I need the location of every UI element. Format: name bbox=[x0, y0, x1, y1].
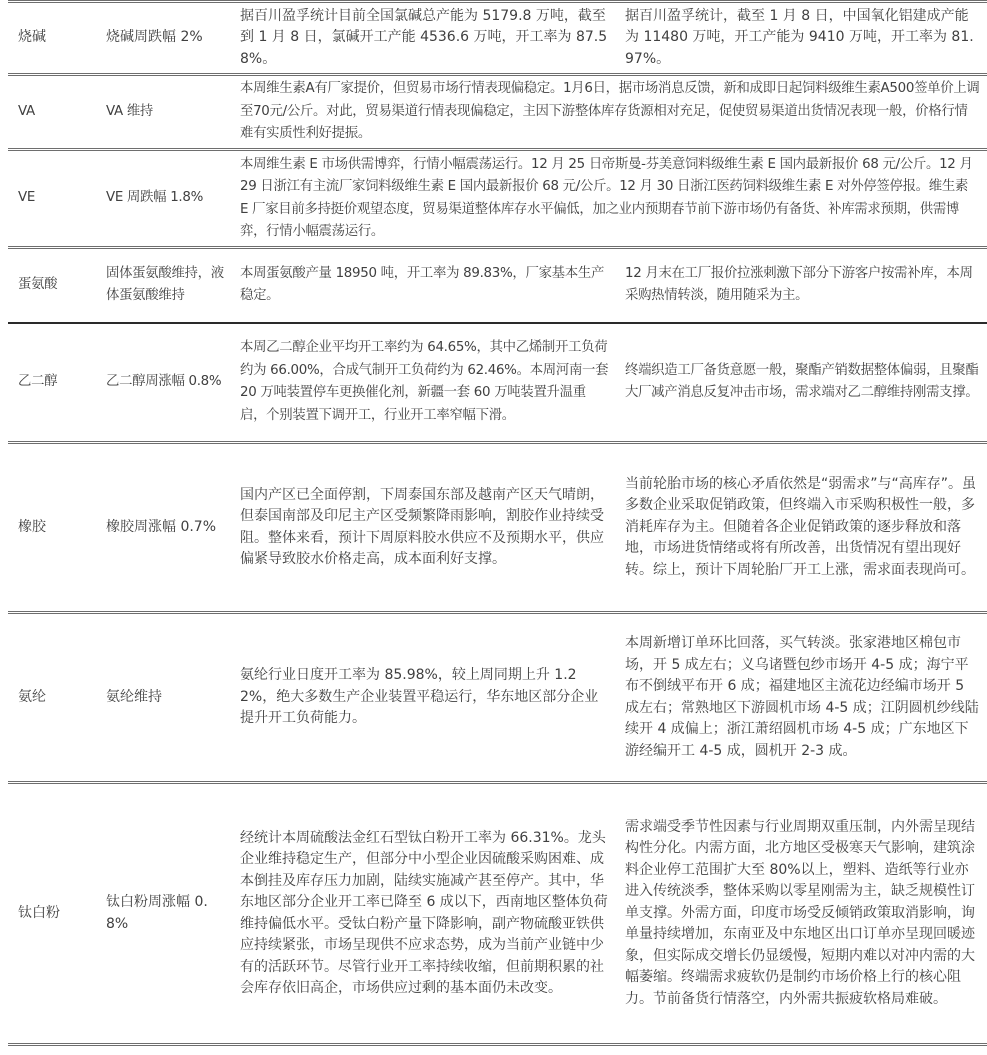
weekly-change: 橡胶周涨幅 0.7% bbox=[96, 443, 232, 613]
table-row-methionine: 蛋氨酸 固体蛋氨酸维持，液体蛋氨酸维持 本周蛋氨酸产量 18950 吨，开工率为… bbox=[8, 248, 987, 323]
product-name: VA bbox=[8, 75, 96, 150]
commodity-weekly-table: 烧碱 烧碱周跌幅 2% 据百川盈孚统计目前全国氯碱总产能为 5179.8 万吨，… bbox=[8, 0, 987, 1046]
weekly-change: 氨纶维持 bbox=[96, 613, 232, 783]
product-name: 钛白粉 bbox=[8, 783, 96, 1045]
demand-text: 据百川盈孚统计，截至 1 月 8 日，中国氧化铝建成产能为 11480 万吨，开… bbox=[617, 2, 987, 75]
product-name: 橡胶 bbox=[8, 443, 96, 613]
table-row-ethylene-glycol: 乙二醇 乙二醇周涨幅 0.8% 本周乙二醇企业平均开工率约为 64.65%，其中… bbox=[8, 323, 987, 443]
weekly-change: 钛白粉周涨幅 0.8% bbox=[96, 783, 232, 1045]
weekly-change: 固体蛋氨酸维持，液体蛋氨酸维持 bbox=[96, 248, 232, 323]
product-name: 烧碱 bbox=[8, 2, 96, 75]
demand-text: 当前轮胎市场的核心矛盾依然是“弱需求”与“高库存”。虽多数企业采取促销政策，但终… bbox=[617, 443, 987, 613]
supply-demand-text: 本周维生素 E 市场供需博弈，行情小幅震荡运行。12 月 25 日帝斯曼-芬美意… bbox=[232, 150, 987, 248]
table-row-spandex: 氨纶 氨纶维持 氨纶行业日度开工率为 85.98%，较上周同期上升 1.22%，… bbox=[8, 613, 987, 783]
product-name: 乙二醇 bbox=[8, 323, 96, 443]
supply-text: 据百川盈孚统计目前全国氯碱总产能为 5179.8 万吨，截至到 1 月 8 日，… bbox=[232, 2, 617, 75]
table-row-caustic-soda: 烧碱 烧碱周跌幅 2% 据百川盈孚统计目前全国氯碱总产能为 5179.8 万吨，… bbox=[8, 2, 987, 75]
supply-text: 国内产区已全面停割，下周泰国东部及越南产区天气晴朗，但泰国南部及印尼主产区受频繁… bbox=[232, 443, 617, 613]
supply-text: 本周乙二醇企业平均开工率约为 64.65%，其中乙烯制开工负荷约为 66.00%… bbox=[232, 323, 617, 443]
table-row-rubber: 橡胶 橡胶周涨幅 0.7% 国内产区已全面停割，下周泰国东部及越南产区天气晴朗，… bbox=[8, 443, 987, 613]
weekly-change: VA 维持 bbox=[96, 75, 232, 150]
table-row-ve: VE VE 周跌幅 1.8% 本周维生素 E 市场供需博弈，行情小幅震荡运行。1… bbox=[8, 150, 987, 248]
demand-text: 12 月末在工厂报价拉涨刺激下部分下游客户按需补库，本周采购热情转淡，随用随采为… bbox=[617, 248, 987, 323]
product-name: VE bbox=[8, 150, 96, 248]
supply-demand-text: 本周维生素A有厂家提价，但贸易市场行情表现偏稳定。1月6日，据市场消息反馈，新和… bbox=[232, 75, 987, 150]
table-row-titanium-dioxide: 钛白粉 钛白粉周涨幅 0.8% 经统计本周硫酸法金红石型钛白粉开工率为 66.3… bbox=[8, 783, 987, 1045]
supply-text: 氨纶行业日度开工率为 85.98%，较上周同期上升 1.22%，绝大多数生产企业… bbox=[232, 613, 617, 783]
weekly-change: 烧碱周跌幅 2% bbox=[96, 2, 232, 75]
demand-text: 本周新增订单环比回落，买气转淡。张家港地区棉包市场，开 5 成左右；义乌诸暨包纱… bbox=[617, 613, 987, 783]
table-row-va: VA VA 维持 本周维生素A有厂家提价，但贸易市场行情表现偏稳定。1月6日，据… bbox=[8, 75, 987, 150]
weekly-change: 乙二醇周涨幅 0.8% bbox=[96, 323, 232, 443]
demand-text: 终端织造工厂备货意愿一般，聚酯产销数据整体偏弱，且聚酯大厂减产消息反复冲击市场，… bbox=[617, 323, 987, 443]
demand-text: 需求端受季节性因素与行业周期双重压制，内外需呈现结构性分化。内需方面，北方地区受… bbox=[617, 783, 987, 1045]
product-name: 氨纶 bbox=[8, 613, 96, 783]
weekly-change: VE 周跌幅 1.8% bbox=[96, 150, 232, 248]
supply-text: 经统计本周硫酸法金红石型钛白粉开工率为 66.31%。龙头企业维持稳定生产，但部… bbox=[232, 783, 617, 1045]
product-name: 蛋氨酸 bbox=[8, 248, 96, 323]
supply-text: 本周蛋氨酸产量 18950 吨，开工率为 89.83%，厂家基本生产稳定。 bbox=[232, 248, 617, 323]
